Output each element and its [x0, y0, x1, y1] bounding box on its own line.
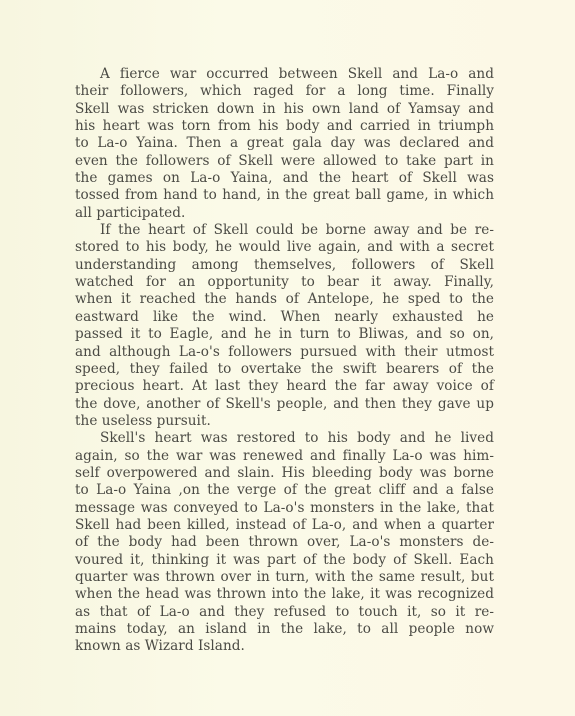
text-line: understanding among themselves, follower…: [75, 257, 494, 274]
text-line: when it reached the hands of Antelope, h…: [75, 291, 494, 308]
text-line: A fierce war occurred between Skell and …: [75, 66, 494, 83]
text-line: self overpowered and slain. His bleeding…: [75, 465, 494, 482]
text-line: passed it to Eagle, and he in turn to Bl…: [75, 326, 494, 343]
text-line: the dove, another of Skell's people, and…: [75, 396, 494, 413]
text-line: the useless pursuit.: [75, 413, 494, 430]
text-line: message was conveyed to La-o's monsters …: [75, 500, 494, 517]
document-page: A fierce war occurred between Skell and …: [75, 66, 494, 656]
text-line: mains today, an island in the lake, to a…: [75, 621, 494, 638]
paragraph-3: Skell's heart was restored to his body a…: [75, 430, 494, 655]
paragraph-2: If the heart of Skell could be borne awa…: [75, 222, 494, 430]
text-line: tossed from hand to hand, in the great b…: [75, 187, 494, 204]
text-line: voured it, thinking it was part of the b…: [75, 552, 494, 569]
text-line: precious heart. At last they heard the f…: [75, 378, 494, 395]
text-line: and although La-o's followers pursued wi…: [75, 344, 494, 361]
paragraph-1: A fierce war occurred between Skell and …: [75, 66, 494, 222]
text-line: as that of La-o and they refused to touc…: [75, 604, 494, 621]
text-line: again, so the war was renewed and finall…: [75, 448, 494, 465]
text-line: known as Wizard Island.: [75, 638, 494, 655]
text-line: their followers, which raged for a long …: [75, 83, 494, 100]
text-line: even the followers of Skell were allowed…: [75, 153, 494, 170]
text-line: to La-o Yaina ,on the verge of the great…: [75, 482, 494, 499]
text-line: watched for an opportunity to bear it aw…: [75, 274, 494, 291]
text-line: speed, they failed to overtake the swift…: [75, 361, 494, 378]
text-line: stored to his body, he would live again,…: [75, 239, 494, 256]
text-line: eastward like the wind. When nearly exha…: [75, 309, 494, 326]
text-line: the games on La-o Yaina, and the heart o…: [75, 170, 494, 187]
text-line: quarter was thrown over in turn, with th…: [75, 569, 494, 586]
text-line: all participated.: [75, 205, 494, 222]
text-line: to La-o Yaina. Then a great gala day was…: [75, 135, 494, 152]
text-line: Skell was stricken down in his own land …: [75, 101, 494, 118]
text-line: when the head was thrown into the lake, …: [75, 586, 494, 603]
text-line: Skell had been killed, instead of La-o, …: [75, 517, 494, 534]
text-line: Skell's heart was restored to his body a…: [75, 430, 494, 447]
text-line: of the body had been thrown over, La-o's…: [75, 534, 494, 551]
text-line: If the heart of Skell could be borne awa…: [75, 222, 494, 239]
text-line: his heart was torn from his body and car…: [75, 118, 494, 135]
